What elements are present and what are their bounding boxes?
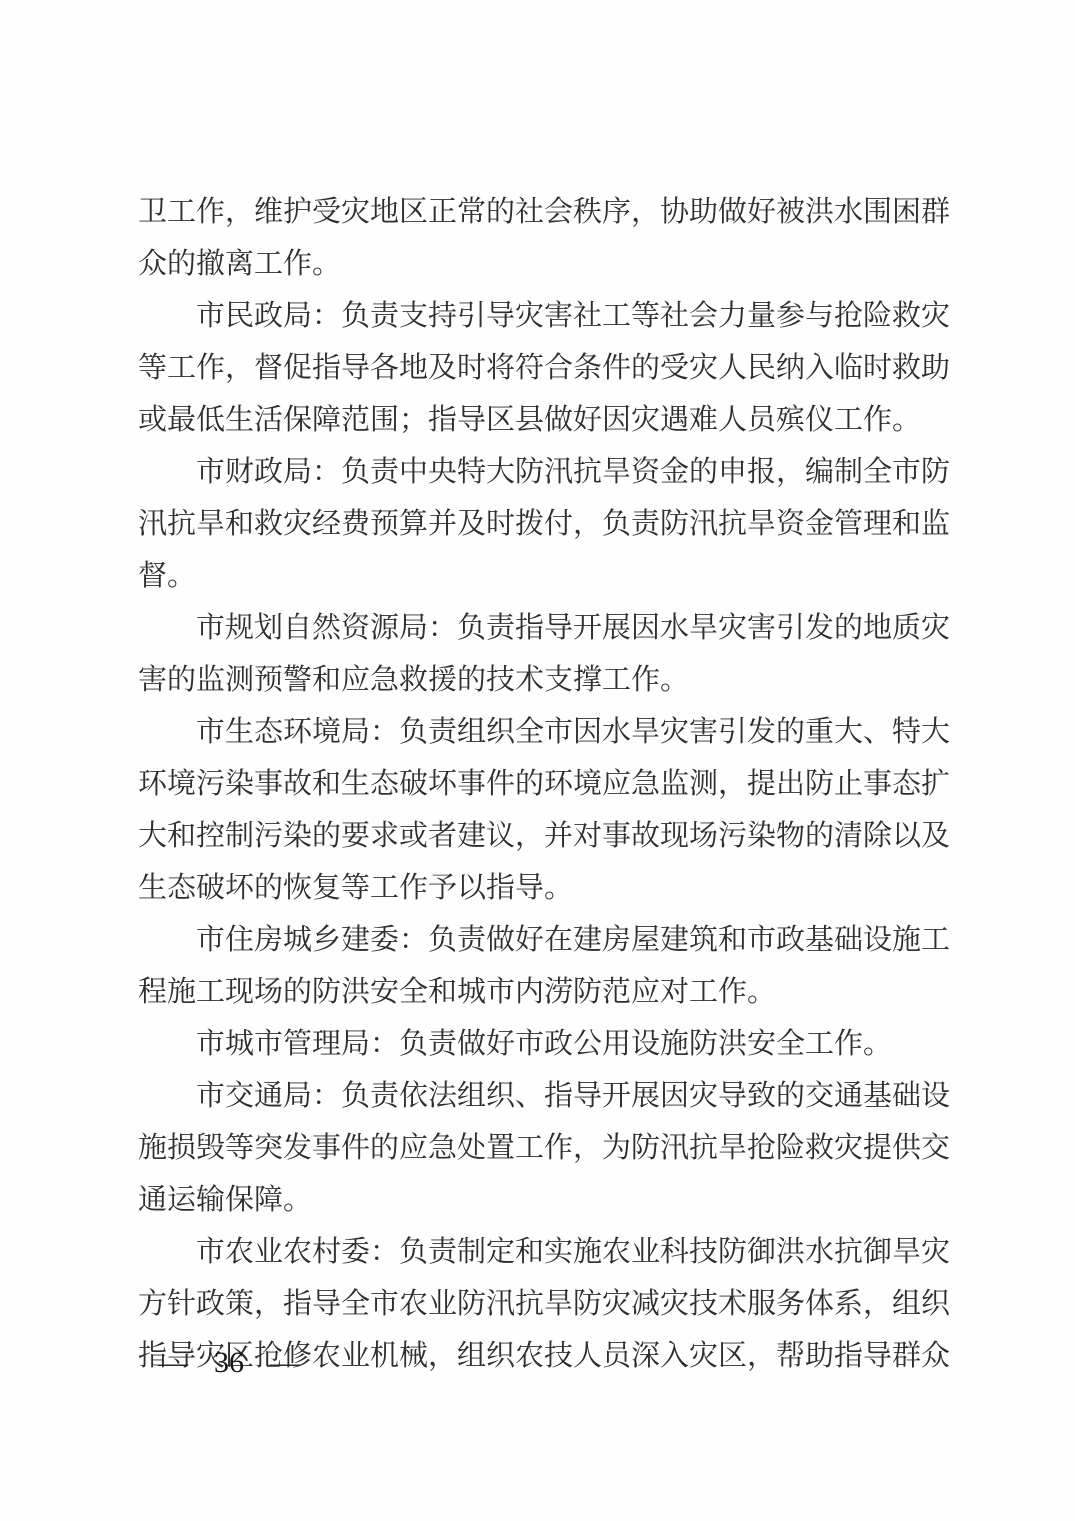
page-number-left-dash: — — [158, 1346, 188, 1379]
page-number-value: 36 — [214, 1346, 244, 1380]
paragraph: 卫工作，维护受灾地区正常的社会秩序，协助做好被洪水围困群众的撤离工作。 — [138, 186, 950, 290]
paragraph: 市规划自然资源局：负责指导开展因水旱灾害引发的地质灾害的监测预警和应急救援的技术… — [138, 602, 950, 706]
page-number: —36— — [158, 1346, 300, 1380]
page-number-right-dash: — — [270, 1346, 300, 1379]
paragraph: 市城市管理局：负责做好市政公用设施防洪安全工作。 — [138, 1018, 950, 1070]
paragraph: 市生态环境局：负责组织全市因水旱灾害引发的重大、特大环境污染事故和生态破坏事件的… — [138, 706, 950, 914]
paragraph: 市民政局：负责支持引导灾害社工等社会力量参与抢险救灾等工作，督促指导各地及时将符… — [138, 290, 950, 446]
document-body-text: 卫工作，维护受灾地区正常的社会秩序，协助做好被洪水围困群众的撤离工作。市民政局：… — [138, 186, 950, 1382]
document-page: 卫工作，维护受灾地区正常的社会秩序，协助做好被洪水围困群众的撤离工作。市民政局：… — [0, 0, 1075, 1521]
paragraph: 市住房城乡建委：负责做好在建房屋建筑和市政基础设施工程施工现场的防洪安全和城市内… — [138, 914, 950, 1018]
paragraph: 市财政局：负责中央特大防汛抗旱资金的申报，编制全市防汛抗旱和救灾经费预算并及时拨… — [138, 446, 950, 602]
paragraph: 市交通局：负责依法组织、指导开展因灾导致的交通基础设施损毁等突发事件的应急处置工… — [138, 1070, 950, 1226]
